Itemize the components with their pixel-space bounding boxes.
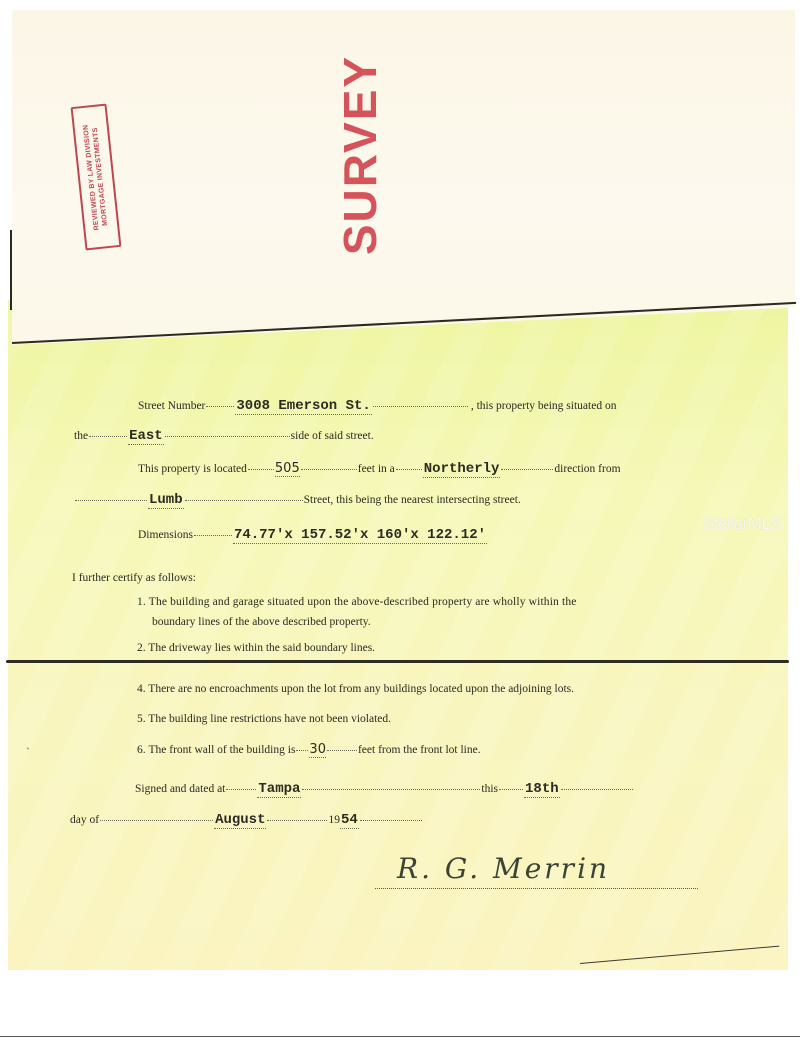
- certify-item-1-text2: boundary lines of the above described pr…: [137, 612, 702, 632]
- day-of-label: day of: [70, 814, 99, 826]
- dimensions-row: Dimensions 74.77'x 157.52'x 160'x 122.12…: [138, 527, 487, 544]
- side-field: East: [128, 428, 164, 445]
- street-number-label: Street Number: [138, 400, 205, 412]
- cover-flap: [12, 10, 795, 350]
- location-row: This property is located 505 feet in a N…: [138, 461, 621, 478]
- certify-item-5: 5. The building line restrictions have n…: [137, 709, 391, 729]
- watermark: StellarMLS: [703, 514, 781, 534]
- signature: R. G. Merrin: [397, 852, 610, 885]
- feet-in-a-label: feet in a: [358, 463, 395, 475]
- certify-item-6-text-after: feet from the front lot line.: [358, 744, 481, 756]
- direction-field: Northerly: [423, 461, 501, 478]
- certify-heading: I further certify as follows:: [72, 568, 196, 588]
- intersecting-street-row: Lumb Street, this being the nearest inte…: [74, 492, 521, 509]
- signed-label: Signed and dated at: [135, 783, 225, 795]
- year-field: 54: [340, 812, 359, 829]
- scan-border-line: [0, 1036, 800, 1037]
- signature-line: R. G. Merrin: [375, 850, 698, 889]
- distance-field: 505: [275, 461, 300, 477]
- signed-month-field: August: [214, 812, 266, 829]
- certify-item-4: 4. There are no encroachments upon the l…: [137, 679, 574, 699]
- signed-row: Signed and dated at Tampa this 18th: [135, 781, 634, 798]
- located-label: This property is located: [138, 463, 247, 475]
- certify-item-4-text: There are no encroachments upon the lot …: [148, 683, 574, 695]
- year-prefix: 19: [328, 814, 340, 826]
- street-number-row: Street Number 3008 Emerson St. , this pr…: [138, 398, 616, 415]
- the-label: the: [74, 430, 88, 442]
- day-of-row: day of August 19 54: [70, 812, 423, 829]
- side-row: the East side of said street.: [74, 428, 374, 445]
- fold-line: [6, 660, 789, 663]
- ink-speck: ˋ: [26, 745, 30, 760]
- certify-item-6: 6. The front wall of the building is 30 …: [137, 742, 481, 758]
- front-wall-distance-field: 30: [309, 742, 326, 758]
- intersecting-street-field: Lumb: [148, 492, 184, 509]
- this-label: this: [481, 783, 498, 795]
- certify-item-5-text: The building line restrictions have not …: [148, 713, 391, 725]
- side-text: side of said street.: [291, 430, 374, 442]
- certify-item-1-text: The building and garage situated upon th…: [149, 596, 577, 608]
- survey-stamp: SURVEY: [333, 55, 387, 255]
- certify-item-2: 2. The driveway lies within the said bou…: [137, 638, 375, 658]
- dimensions-label: Dimensions: [138, 529, 193, 541]
- certify-item-2-text: The driveway lies within the said bounda…: [148, 642, 375, 654]
- signed-day-field: 18th: [524, 781, 560, 798]
- direction-from-label: direction from: [554, 463, 620, 475]
- situated-text: , this property being situated on: [471, 400, 617, 412]
- certify-item-1: 1. The building and garage situated upon…: [137, 592, 702, 632]
- signed-place-field: Tampa: [257, 781, 301, 798]
- certify-item-6-text: The front wall of the building is: [149, 744, 296, 756]
- dimensions-field: 74.77'x 157.52'x 160'x 122.12': [233, 527, 487, 544]
- street-text: Street, this being the nearest intersect…: [304, 494, 521, 506]
- street-number-field: 3008 Emerson St.: [235, 398, 371, 415]
